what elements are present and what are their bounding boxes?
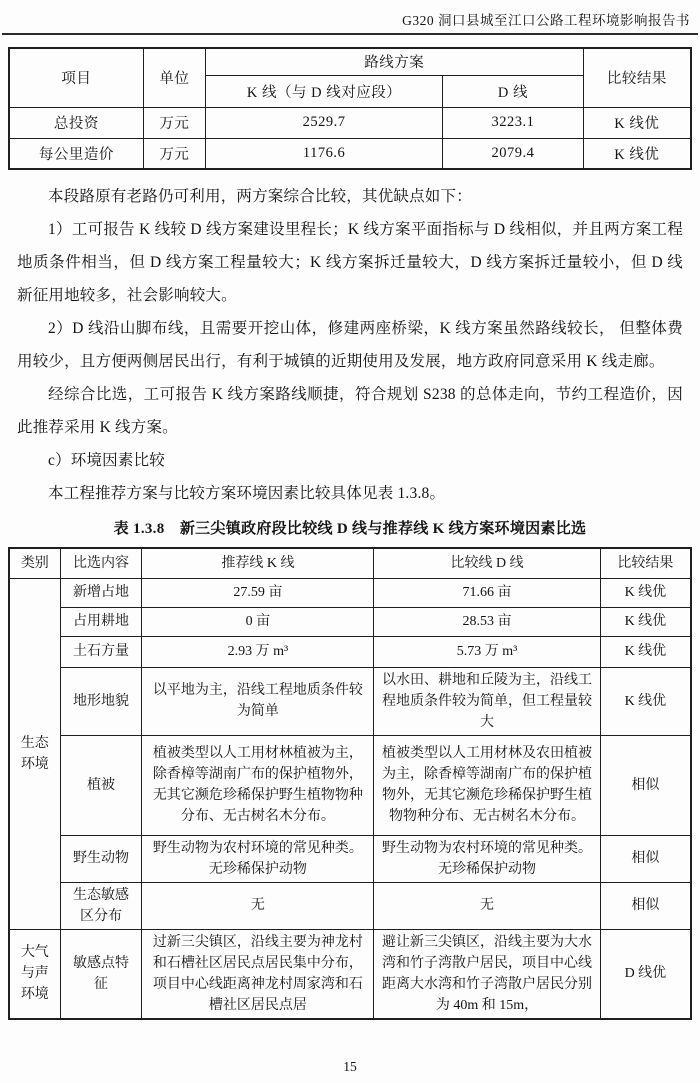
body-text: 本段路原有老路仍可利用，两方案综合比较，其优缺点如下： 1）工可报告 K 线较 … bbox=[17, 180, 683, 510]
cell-k: 2.93 万 m³ bbox=[142, 636, 374, 667]
table-row: 野生动物 野生动物为农村环境的常见种类。无珍稀保护动物 野生动物为农村环境的常见… bbox=[9, 835, 691, 882]
paragraph: 本段路原有老路仍可利用，两方案综合比较，其优缺点如下： bbox=[17, 180, 683, 213]
cell-content: 占用耕地 bbox=[60, 607, 142, 636]
cell-content: 土石方量 bbox=[60, 636, 142, 667]
cell-result: K 线优 bbox=[600, 667, 691, 735]
cell-result: 相似 bbox=[600, 882, 691, 929]
cell-unit: 万元 bbox=[143, 138, 205, 169]
table-row: 土石方量 2.93 万 m³ 5.73 万 m³ K 线优 bbox=[9, 636, 691, 667]
cell-result: 相似 bbox=[600, 735, 691, 835]
cost-comparison-table: 项目 单位 路线方案 比较结果 K 线（与 D 线对应段） D 线 总投资 万元… bbox=[8, 47, 692, 170]
cell-result: K 线优 bbox=[600, 636, 691, 667]
document-page: G320 洞口县城至江口公路工程环境影响报告书 项目 单位 路线方案 比较结果 … bbox=[0, 0, 700, 1083]
category-cell-ecology: 生态环境 bbox=[9, 578, 60, 929]
table-row: 每公里造价 万元 1176.6 2079.4 K 线优 bbox=[9, 138, 691, 169]
cell-k: 过新三尖镇区，沿线主要为神龙村和石槽社区居民点居民集中分布，项目中心线距离神龙村… bbox=[142, 929, 374, 1019]
cell-d-value: 3223.1 bbox=[443, 107, 583, 138]
table-row: 占用耕地 0 亩 28.53 亩 K 线优 bbox=[9, 607, 691, 636]
cell-k: 野生动物为农村环境的常见种类。无珍稀保护动物 bbox=[142, 835, 374, 882]
category-cell-air-noise: 大气与声环境 bbox=[9, 929, 60, 1019]
cell-d-value: 2079.4 bbox=[443, 138, 583, 169]
paragraph: 经综合比选，工可报告 K 线方案路线顺捷，符合规划 S238 的总体走向，节约工… bbox=[17, 378, 683, 444]
cell-result: K 线优 bbox=[583, 138, 691, 169]
cell-d: 5.73 万 m³ bbox=[374, 636, 600, 667]
col-header-k-line: K 线（与 D 线对应段） bbox=[205, 75, 442, 107]
cell-k-value: 1176.6 bbox=[205, 138, 442, 169]
cell-d: 无 bbox=[374, 882, 600, 929]
cell-unit: 万元 bbox=[143, 107, 205, 138]
cell-content: 新增占地 bbox=[60, 578, 142, 607]
cell-k: 无 bbox=[142, 882, 374, 929]
cell-item: 每公里造价 bbox=[9, 138, 143, 169]
cell-content: 敏感点特征 bbox=[60, 929, 142, 1019]
cell-content: 植被 bbox=[60, 735, 142, 835]
col-header-result: 比较结果 bbox=[600, 548, 691, 578]
col-header-unit: 单位 bbox=[143, 48, 205, 107]
paragraph: 1）工可报告 K 线较 D 线方案建设里程长；K 线方案平面指标与 D 线相似，… bbox=[17, 213, 683, 312]
cell-k-value: 2529.7 bbox=[205, 107, 442, 138]
cell-result: K 线优 bbox=[600, 578, 691, 607]
cell-k: 0 亩 bbox=[142, 607, 374, 636]
table-row: 大气与声环境 敏感点特征 过新三尖镇区，沿线主要为神龙村和石槽社区居民点居民集中… bbox=[9, 929, 691, 1019]
cell-content: 生态敏感区分布 bbox=[60, 882, 142, 929]
table-row: 生态环境 新增占地 27.59 亩 71.66 亩 K 线优 bbox=[9, 578, 691, 607]
col-header-d-line: 比较线 D 线 bbox=[374, 548, 600, 578]
env-factor-table: 类别 比选内容 推荐线 K 线 比较线 D 线 比较结果 生态环境 新增占地 2… bbox=[8, 547, 692, 1020]
col-header-content: 比选内容 bbox=[60, 548, 142, 578]
cell-d: 以水田、耕地和丘陵为主，沿线工程地质条件较为简单，但工程量较大 bbox=[374, 667, 600, 735]
col-header-d-line: D 线 bbox=[443, 75, 583, 107]
table-row: 植被 植被类型以人工用材林植被为主，除香樟等湖南广布的保护植物外，无其它濒危珍稀… bbox=[9, 735, 691, 835]
table-row: 项目 单位 路线方案 比较结果 bbox=[9, 48, 691, 75]
cell-d: 避让新三尖镇区，沿线主要为大水湾和竹子湾散户居民，项目中心线距离大水湾和竹子湾散… bbox=[374, 929, 600, 1019]
cell-d: 植被类型以人工用材林及农田植被为主，除香樟等湖南广布的保护植物外，无其它濒危珍稀… bbox=[374, 735, 600, 835]
cell-content: 野生动物 bbox=[60, 835, 142, 882]
cell-k: 植被类型以人工用材林植被为主，除香樟等湖南广布的保护植物外，无其它濒危珍稀保护野… bbox=[142, 735, 374, 835]
cell-d: 71.66 亩 bbox=[374, 578, 600, 607]
cell-result: K 线优 bbox=[600, 607, 691, 636]
cell-d: 野生动物为农村环境的常见种类。无珍稀保护动物 bbox=[374, 835, 600, 882]
page-number: 15 bbox=[0, 1059, 700, 1075]
table-row: 总投资 万元 2529.7 3223.1 K 线优 bbox=[9, 107, 691, 138]
col-header-scheme-group: 路线方案 bbox=[205, 48, 583, 75]
paragraph: c）环境因素比较 bbox=[17, 444, 683, 477]
cell-k: 27.59 亩 bbox=[142, 578, 374, 607]
col-header-result: 比较结果 bbox=[583, 48, 691, 107]
table-row: 地形地貌 以平地为主，沿线工程地质条件较为简单 以水田、耕地和丘陵为主，沿线工程… bbox=[9, 667, 691, 735]
cell-content: 地形地貌 bbox=[60, 667, 142, 735]
cell-d: 28.53 亩 bbox=[374, 607, 600, 636]
cell-result: K 线优 bbox=[583, 107, 691, 138]
col-header-k-line: 推荐线 K 线 bbox=[142, 548, 374, 578]
cell-result: 相似 bbox=[600, 835, 691, 882]
table-caption: 表 1.3.8 新三尖镇政府段比较线 D 线与推荐线 K 线方案环境因素比选 bbox=[0, 514, 700, 544]
col-header-category: 类别 bbox=[9, 548, 60, 578]
cell-k: 以平地为主，沿线工程地质条件较为简单 bbox=[142, 667, 374, 735]
paragraph: 2）D 线沿山脚布线，且需要开挖山体，修建两座桥梁，K 线方案虽然路线较长， 但… bbox=[17, 312, 683, 378]
table-row: 生态敏感区分布 无 无 相似 bbox=[9, 882, 691, 929]
report-title: G320 洞口县城至江口公路工程环境影响报告书 bbox=[402, 13, 690, 28]
paragraph: 本工程推荐方案与比较方案环境因素比较具体见表 1.3.8。 bbox=[17, 477, 683, 510]
cell-result: D 线优 bbox=[600, 929, 691, 1019]
table-row: 类别 比选内容 推荐线 K 线 比较线 D 线 比较结果 bbox=[9, 548, 691, 578]
cell-item: 总投资 bbox=[9, 107, 143, 138]
running-header: G320 洞口县城至江口公路工程环境影响报告书 bbox=[2, 0, 698, 35]
col-header-item: 项目 bbox=[9, 48, 143, 107]
